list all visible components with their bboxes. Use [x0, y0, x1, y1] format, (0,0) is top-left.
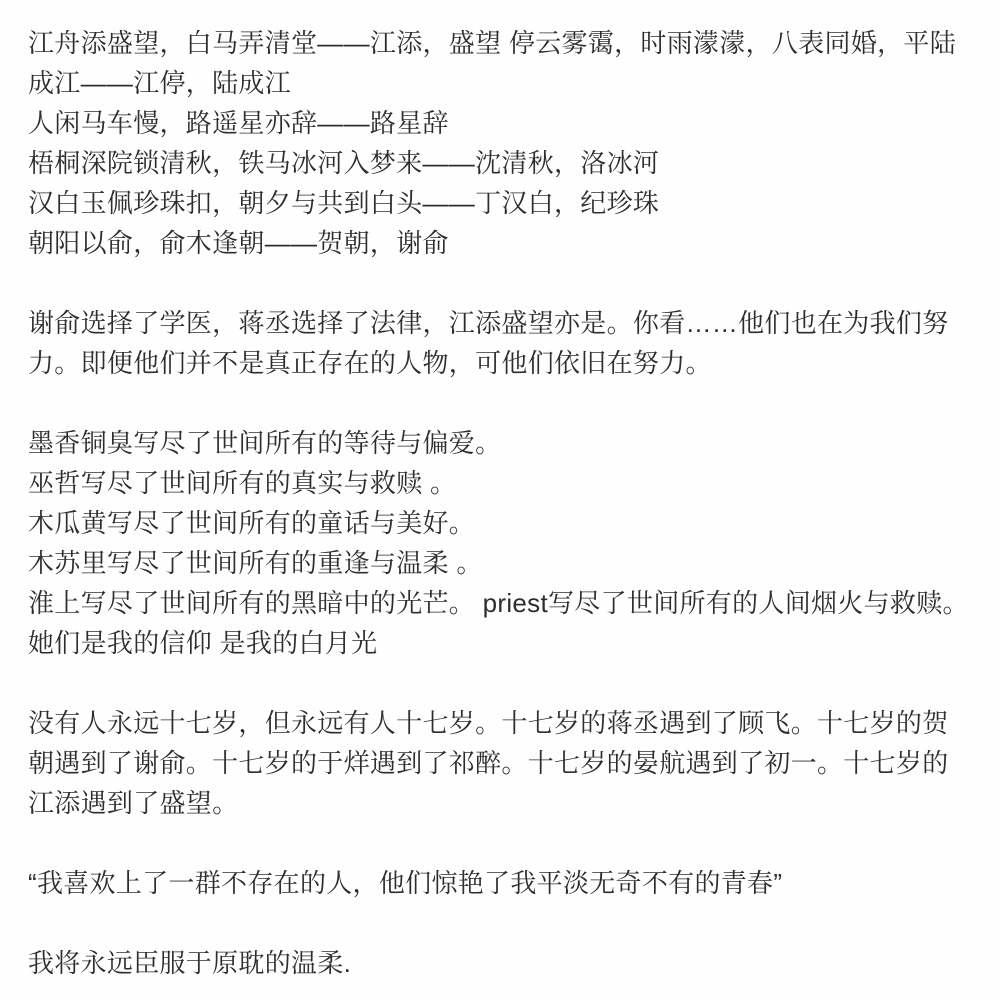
text-line: 江舟添盛望，白马弄清堂——江添，盛望 停云雾霭，时雨濛濛，八表同婚，平陆	[28, 23, 974, 63]
paragraph: 我将永远臣服于原耽的温柔.	[28, 943, 974, 983]
text-line: 木苏里写尽了世间所有的重逢与温柔 。	[28, 543, 974, 583]
paragraph: “我喜欢上了一群不存在的人，他们惊艳了我平淡无奇不有的青春”	[28, 863, 974, 903]
paragraph: 墨香铜臭写尽了世间所有的等待与偏爱。巫哲写尽了世间所有的真实与救赎 。木瓜黄写尽…	[28, 423, 974, 663]
text-line: 她们是我的信仰 是我的白月光	[28, 623, 974, 663]
text-line: 没有人永远十七岁，但永远有人十七岁。十七岁的蒋丞遇到了顾飞。十七岁的贺	[28, 703, 974, 743]
text-line: 梧桐深院锁清秋，铁马冰河入梦来——沈清秋，洛冰河	[28, 143, 974, 183]
text-line: 成江——江停，陆成江	[28, 63, 974, 103]
text-line: 朝遇到了谢俞。十七岁的于烊遇到了祁醉。十七岁的晏航遇到了初一。十七岁的	[28, 743, 974, 783]
text-line: 谢俞选择了学医，蒋丞选择了法律，江添盛望亦是。你看……他们也在为我们努	[28, 303, 974, 343]
text-page: 江舟添盛望，白马弄清堂——江添，盛望 停云雾霭，时雨濛濛，八表同婚，平陆成江——…	[0, 0, 1000, 1000]
text-line: 巫哲写尽了世间所有的真实与救赎 。	[28, 463, 974, 503]
document-body: 江舟添盛望，白马弄清堂——江添，盛望 停云雾霭，时雨濛濛，八表同婚，平陆成江——…	[28, 23, 974, 983]
text-line: 人闲马车慢，路遥星亦辞——路星辞	[28, 103, 974, 143]
paragraph: 江舟添盛望，白马弄清堂——江添，盛望 停云雾霭，时雨濛濛，八表同婚，平陆成江——…	[28, 23, 974, 263]
text-line: 汉白玉佩珍珠扣，朝夕与共到白头——丁汉白，纪珍珠	[28, 183, 974, 223]
text-line: 江添遇到了盛望。	[28, 783, 974, 823]
text-line: 我将永远臣服于原耽的温柔.	[28, 943, 974, 983]
text-line: 朝阳以俞，俞木逢朝——贺朝，谢俞	[28, 223, 974, 263]
text-line: 淮上写尽了世间所有的黑暗中的光芒。 priest写尽了世间所有的人间烟火与救赎。	[28, 583, 974, 623]
text-line: “我喜欢上了一群不存在的人，他们惊艳了我平淡无奇不有的青春”	[28, 863, 974, 903]
text-line: 力。即便他们并不是真正存在的人物，可他们依旧在努力。	[28, 343, 974, 383]
paragraph: 没有人永远十七岁，但永远有人十七岁。十七岁的蒋丞遇到了顾飞。十七岁的贺朝遇到了谢…	[28, 703, 974, 823]
paragraph: 谢俞选择了学医，蒋丞选择了法律，江添盛望亦是。你看……他们也在为我们努力。即便他…	[28, 303, 974, 383]
text-line: 墨香铜臭写尽了世间所有的等待与偏爱。	[28, 423, 974, 463]
text-line: 木瓜黄写尽了世间所有的童话与美好。	[28, 503, 974, 543]
